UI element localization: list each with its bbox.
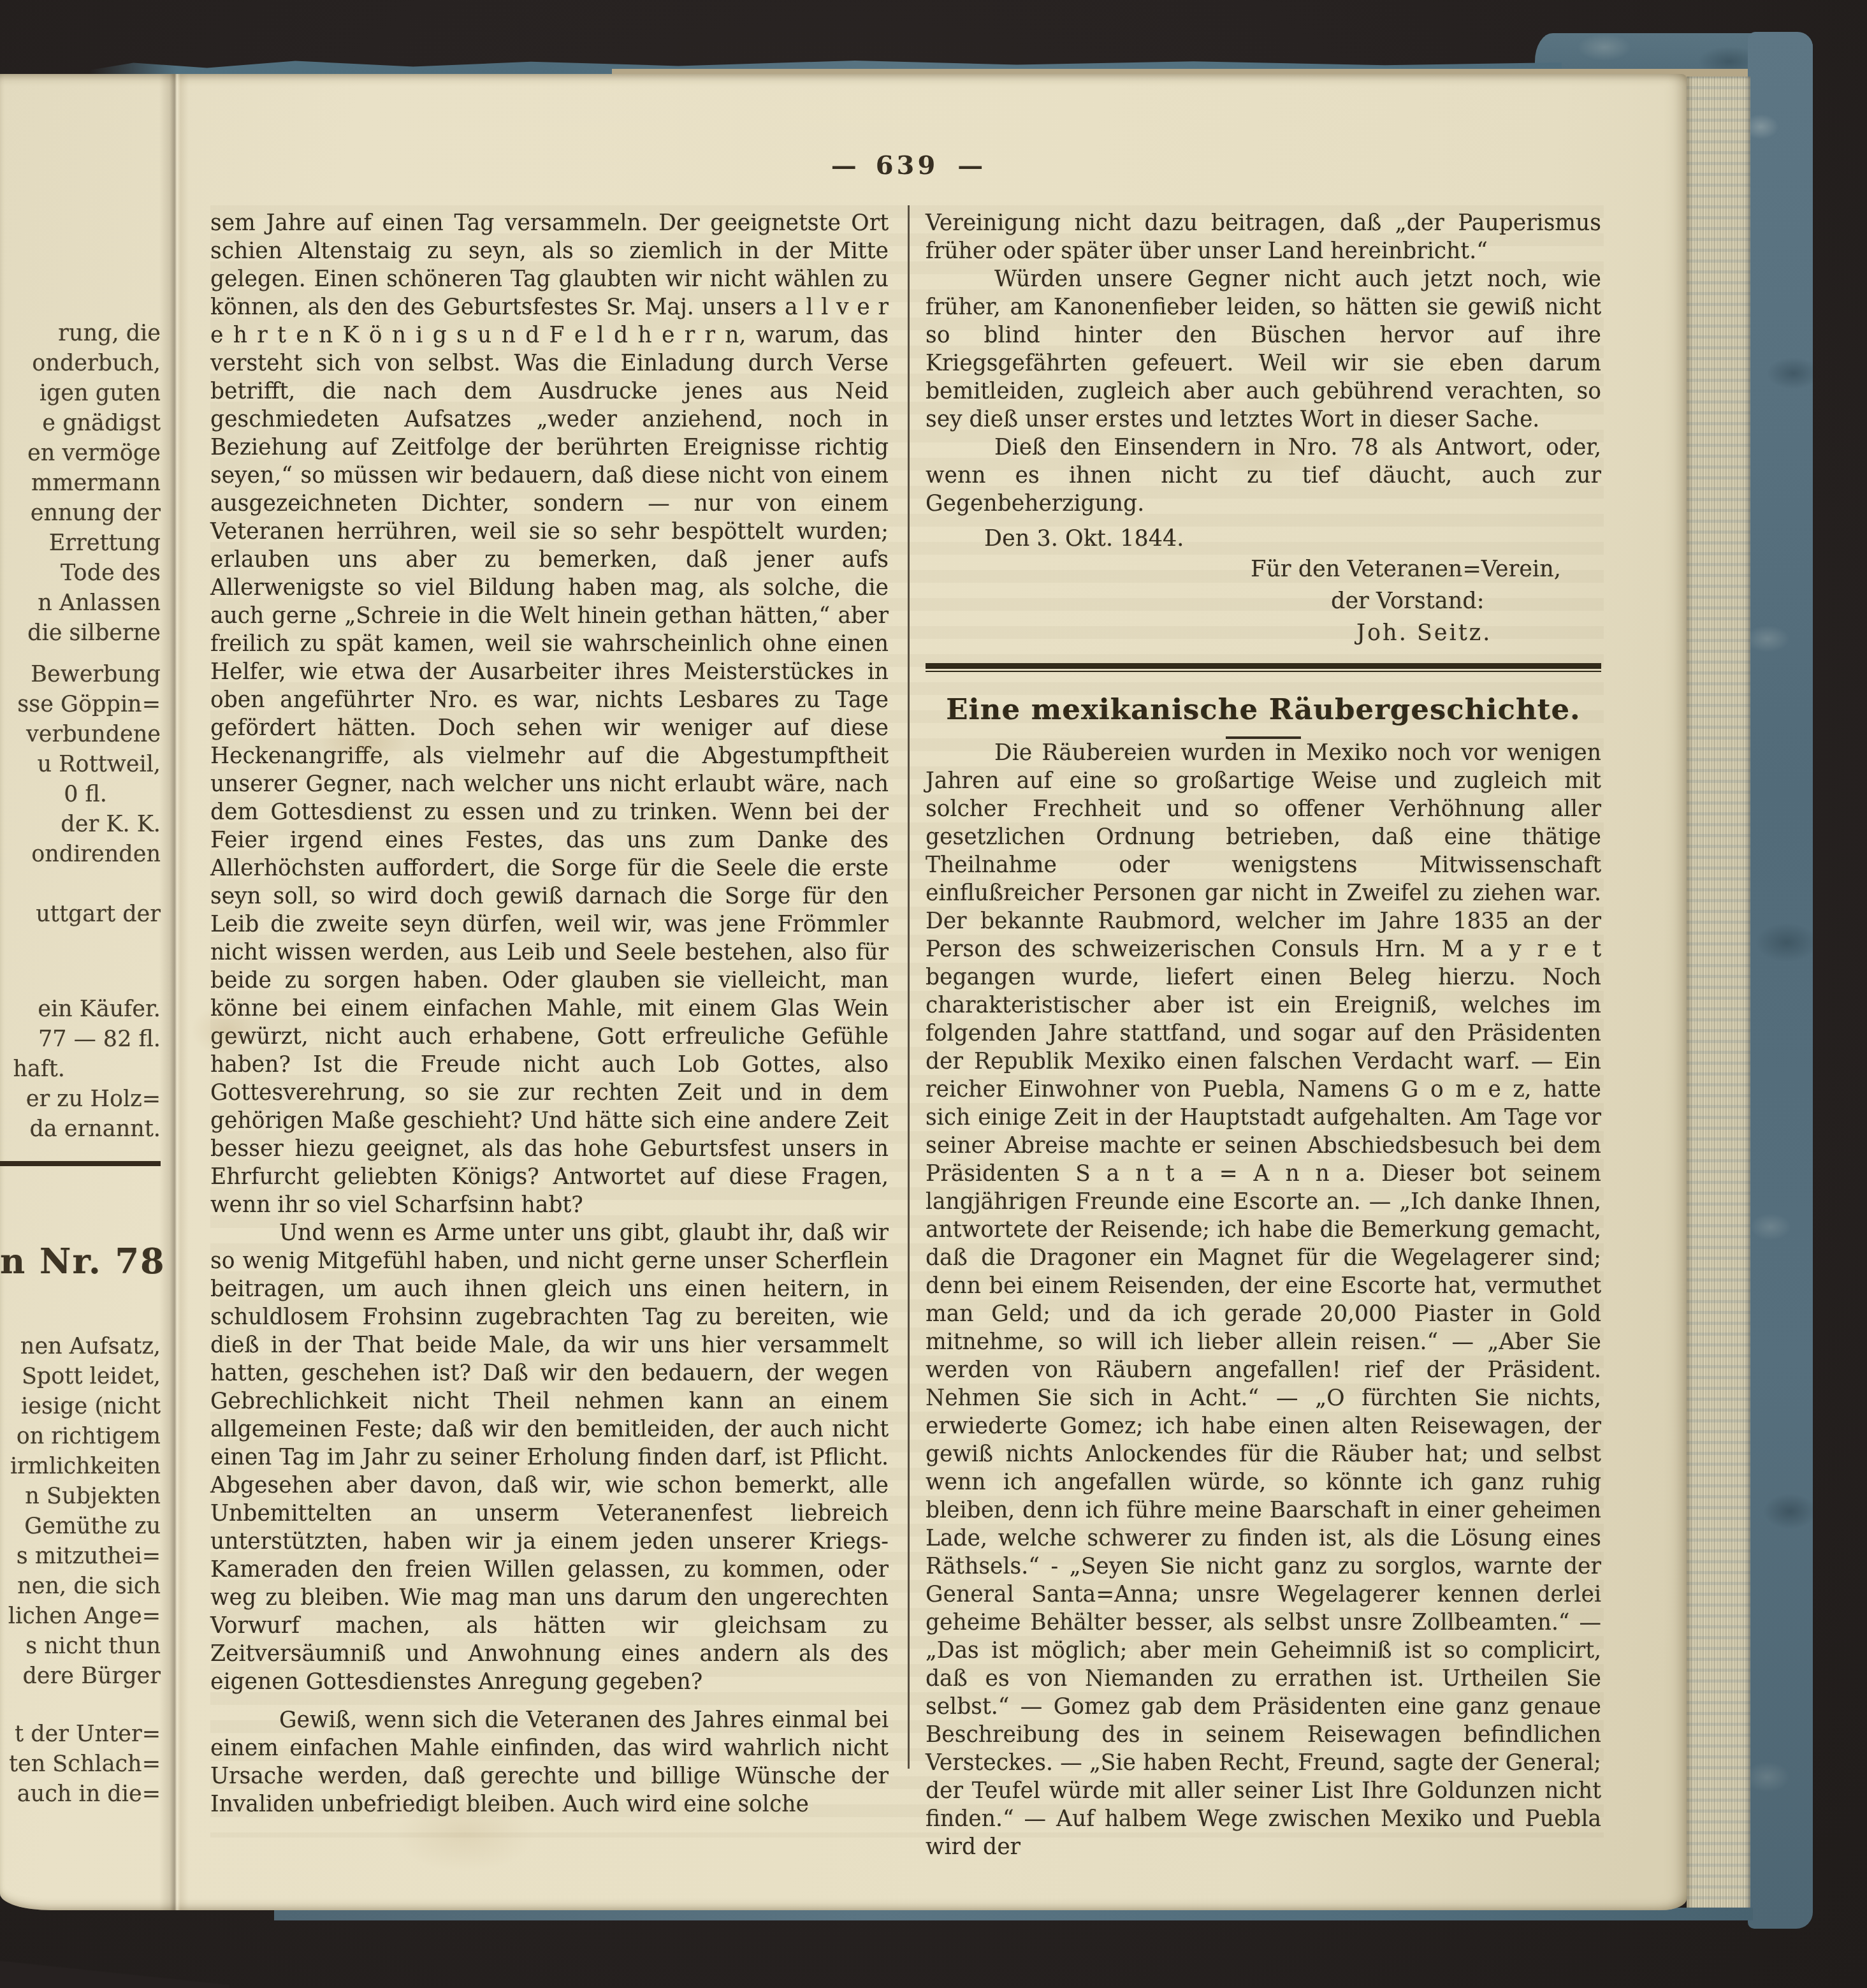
prev-page-line: irmlichkeiten <box>0 1452 161 1482</box>
prev-page-line: s nicht thun <box>0 1632 161 1662</box>
left-column-paragraph: sem Jahre auf einen Tag versammeln. Der … <box>210 209 889 1219</box>
prev-page-line: 0 fl. <box>0 780 107 810</box>
book-photo: rung, die onderbuch, igen guten e gnädig… <box>0 0 1867 1988</box>
signature-name: Joh. Seitz. <box>1356 617 1601 649</box>
prev-page-line: nen, die sich <box>0 1572 161 1602</box>
page-corner-shadow <box>0 1947 229 1988</box>
prev-page-line: Errettung <box>0 529 161 559</box>
prev-page-line: n Anlassen <box>0 588 161 618</box>
prev-page-line: Bewerbung <box>0 660 161 690</box>
left-column-paragraph: Und wenn es Arme unter uns gibt, glaubt … <box>210 1219 889 1696</box>
prev-page-line: 77 — 82 fl. <box>0 1025 161 1055</box>
prev-page-line: s mitzuthei= <box>0 1542 161 1572</box>
prev-page-line: nen Aufsatz, <box>0 1332 161 1362</box>
book-cover-right-edge <box>1748 32 1813 1929</box>
prev-page-line: uttgart der <box>0 900 161 930</box>
article-body: Die Räubereien wurden in Mexiko noch vor… <box>926 739 1601 1861</box>
prev-page-line: ten Schlach= <box>0 1750 161 1780</box>
page-number-value: 639 <box>876 150 939 180</box>
prev-page-line: auch in die= <box>0 1780 161 1809</box>
prev-page-line: haft. <box>0 1055 65 1085</box>
section-double-rule <box>926 663 1601 672</box>
page-block-fore-edge <box>1687 77 1750 1910</box>
prev-page-line: onderbuch, <box>0 349 161 379</box>
prev-page-line: da ernannt. <box>0 1115 161 1144</box>
dateline: Den 3. Okt. 1844. <box>984 524 1601 553</box>
page-number: —639— <box>210 150 1604 180</box>
right-column-paragraph: Würden unsere Gegner nicht auch jetzt no… <box>926 265 1601 434</box>
right-column-paragraph: Vereinigung nicht dazu beitragen, daß „d… <box>926 209 1601 265</box>
page-number-dash-right: — <box>957 150 983 180</box>
page-gutter-crease <box>159 74 189 1910</box>
prev-page-line: on richtigem <box>0 1422 161 1452</box>
prev-page-line: Gemüthe zu <box>0 1512 161 1542</box>
prev-page-line: u Rottweil, <box>0 750 161 780</box>
prev-page-line: n Subjekten <box>0 1482 161 1512</box>
book-page: rung, die onderbuch, igen guten e gnädig… <box>0 74 1687 1910</box>
right-text-column: Vereinigung nicht dazu beitragen, daß „d… <box>926 209 1601 1861</box>
signature-role: der Vorstand: <box>1331 585 1601 617</box>
prev-page-line: verbundene <box>0 720 161 750</box>
prev-page-line: die silberne <box>0 618 161 648</box>
prev-page-line: der K. K. <box>0 810 161 840</box>
prev-page-line: rung, die <box>0 319 161 349</box>
right-column-paragraph: Dieß den Einsendern in Nro. 78 als Antwo… <box>926 434 1601 518</box>
prev-page-line: lichen Ange= <box>0 1602 161 1632</box>
prev-page-section-rule <box>0 1161 161 1166</box>
article-title: Eine mexikanische Räubergeschichte. <box>926 692 1601 726</box>
left-text-column: sem Jahre auf einen Tag versammeln. Der … <box>210 209 889 1818</box>
prev-page-line: ondirenden <box>0 840 161 870</box>
prev-page-line: ein Käufer. <box>0 995 161 1025</box>
prev-page-line: Tode des <box>0 559 161 588</box>
column-divider-rule <box>908 205 910 1769</box>
prev-page-line: mmermann <box>0 469 161 499</box>
prev-page-line: t der Unter= <box>0 1720 161 1750</box>
prev-page-next-issue-heading: n Nr. 78 <box>0 1241 161 1281</box>
prev-page-line: sse Göppin= <box>0 690 161 720</box>
prev-page-line: ennung der <box>0 499 161 529</box>
prev-page-line: Spott leidet, <box>0 1362 161 1392</box>
prev-page-line: en vermöge <box>0 439 161 469</box>
signature-organization: Für den Veteranen=Verein, <box>1251 553 1601 585</box>
left-column-paragraph: Gewiß, wenn sich die Veteranen des Jahre… <box>210 1706 889 1818</box>
prev-page-line: er zu Holz= <box>0 1085 161 1115</box>
prev-page-line: dere Bürger <box>0 1662 161 1692</box>
prev-page-line: e gnädigst <box>0 409 161 439</box>
prev-page-line: igen guten <box>0 379 161 409</box>
page-number-dash-left: — <box>831 150 857 180</box>
previous-page-text-edge: rung, die onderbuch, igen guten e gnädig… <box>0 319 161 1809</box>
prev-page-line: iesige (nicht <box>0 1392 161 1422</box>
